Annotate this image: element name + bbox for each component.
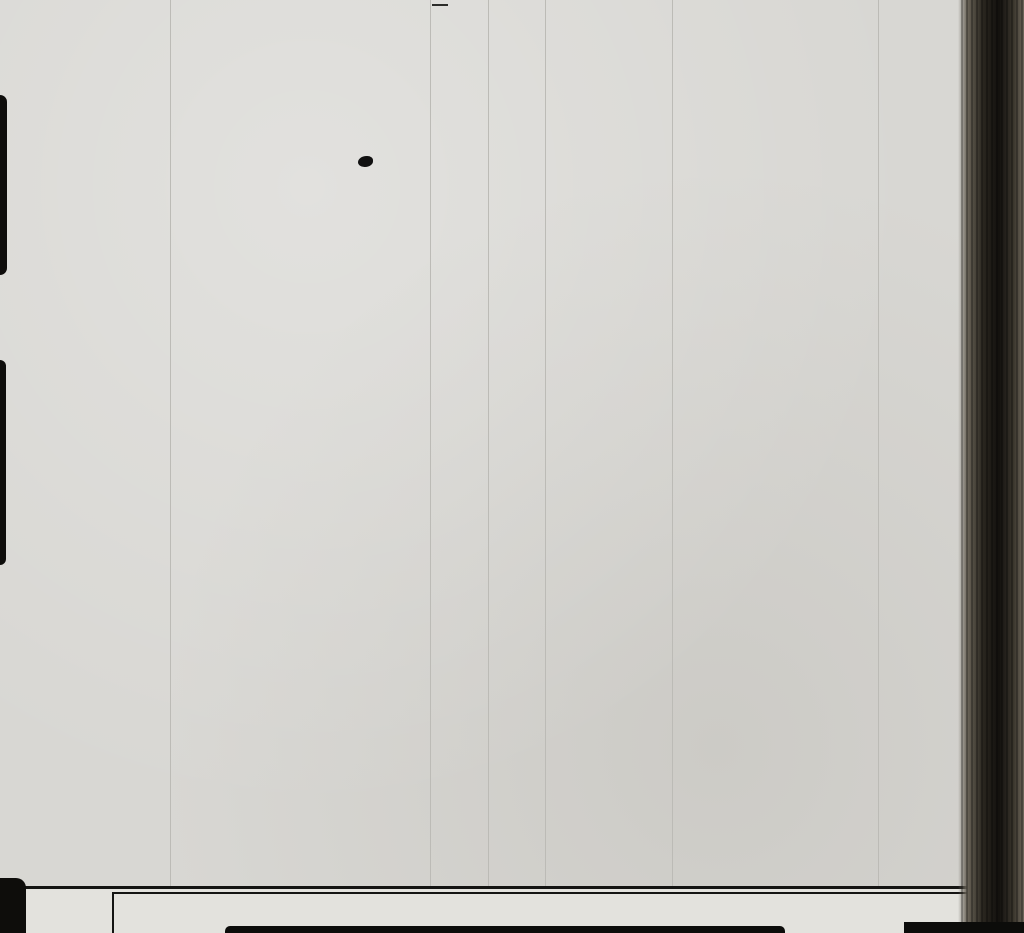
book-binding-edge (958, 0, 1024, 933)
grid-vline (430, 0, 431, 886)
month-header-row (0, 0, 1024, 46)
scan-bottom-smear (904, 922, 1024, 933)
scan-edge-blob (0, 360, 6, 565)
grid-vline (878, 0, 879, 886)
scan-edge-blob (0, 878, 26, 933)
scan-bottom-smear (225, 926, 785, 933)
grid-vline (488, 0, 489, 886)
grid-vline (672, 0, 673, 886)
ink-stain (358, 156, 373, 167)
month-section-title (432, 2, 448, 6)
grid-vline (545, 0, 546, 886)
grid-vline (170, 0, 171, 886)
register-page (0, 0, 1024, 933)
scan-edge-blob (0, 95, 7, 275)
